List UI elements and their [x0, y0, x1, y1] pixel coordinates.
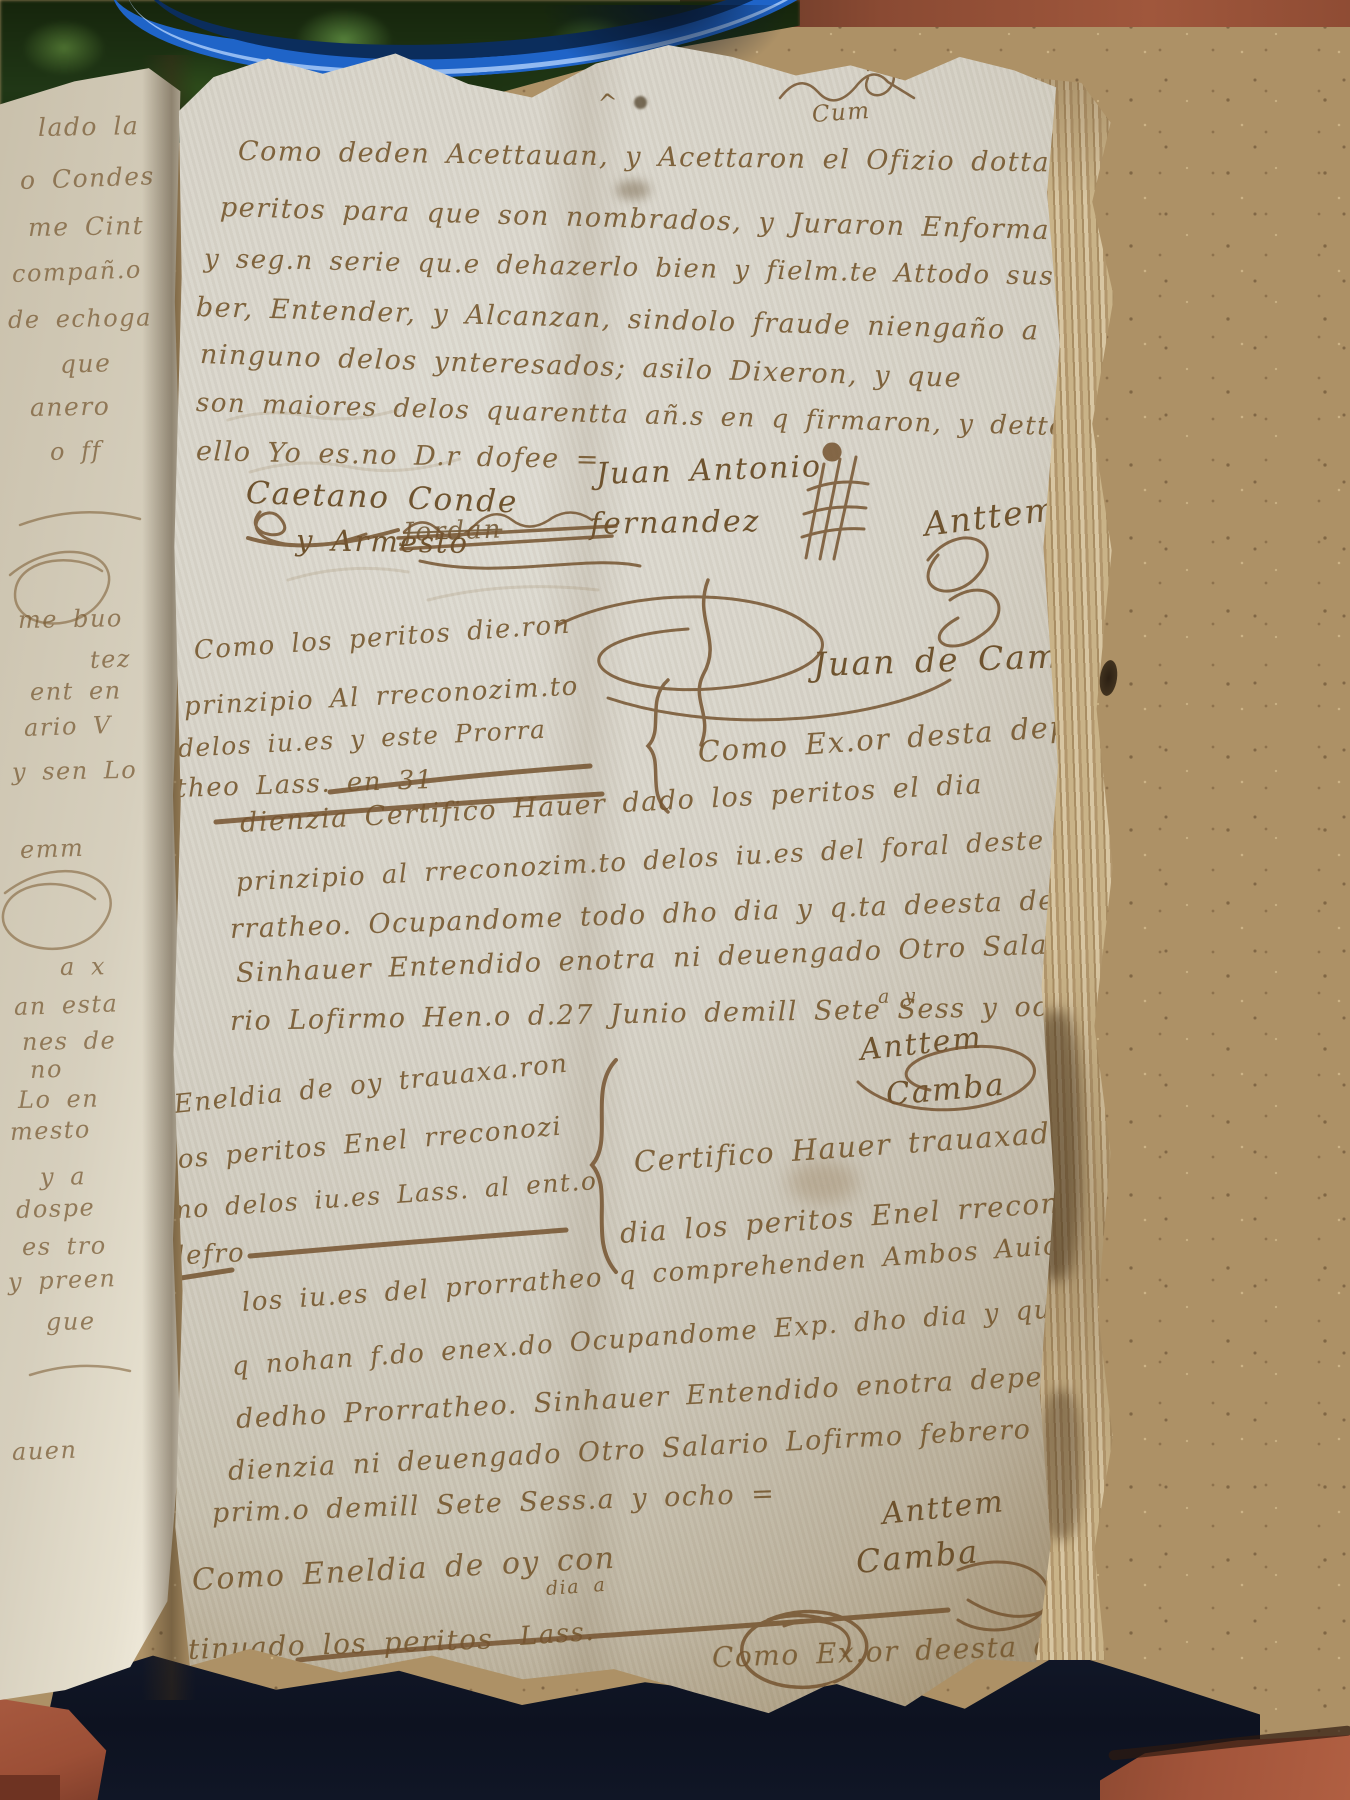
left-page-fragment: tez	[90, 647, 132, 672]
manuscript-line: son maiores delos quarentta añ.s en q fi…	[196, 390, 1102, 441]
manuscript-photo: { "colors": { "ink": "#7b5a30", "paper_r…	[0, 0, 1350, 1800]
margin-note-line: Eneldia de oy trauaxa.ron	[173, 1051, 570, 1118]
left-page-fragment: y preen	[8, 1266, 117, 1294]
left-page-fragment: no	[30, 1057, 64, 1082]
signature-camba-2: Camba	[855, 1535, 981, 1578]
left-page-fragment: de echoga	[8, 305, 152, 332]
left-page-fragment: a x	[60, 954, 106, 979]
entry-line: prim.o demill Sete Sess.a y ocho =	[212, 1480, 776, 1527]
margin-note-line: prinzipio Al rreconozim.to	[183, 673, 579, 720]
smudge-stain	[616, 180, 650, 200]
signature-anttem-top: Anttem	[922, 492, 1059, 541]
entry-line: prinzipio al rreconozim.to delos iu.es d…	[235, 825, 1104, 896]
signature-anttem-2: Anttem	[880, 1487, 1006, 1530]
left-page-fragment: o ff	[50, 438, 103, 464]
signature-anttem-1: Anttem	[858, 1023, 984, 1066]
entry-line: rio Lofirmo Hen.o d.27 Junio demill Sete…	[230, 992, 1126, 1035]
left-page-fragment: o Condes	[20, 163, 156, 193]
left-page-fragment: compañ.o	[12, 257, 143, 286]
left-page-fragment: y a	[40, 1164, 86, 1189]
left-page-fragment: lado la	[38, 113, 140, 140]
left-page-fragment: emm	[20, 836, 85, 862]
left-page-fragment: auen	[12, 1438, 78, 1464]
manuscript-line: y seg.n serie qu.e dehazerlo bien y fiel…	[204, 246, 1072, 290]
manuscript-line: Como deden Acettauan, y Acettaron el Ofi…	[238, 138, 1061, 176]
superscript-note: dia a	[545, 1576, 607, 1599]
closing-lass: Lass.	[519, 1619, 596, 1650]
signature-camba-1: Camba	[885, 1070, 1007, 1111]
insertion-caret: ^	[597, 90, 621, 116]
manuscript-line: ello Yo es.no D.r dofee =	[196, 438, 600, 473]
left-page-fragment: anero	[30, 394, 111, 420]
manuscript-line: peritos para que son nombrados, y Juraro…	[220, 194, 1051, 244]
margin-note-line: Como los peritos die.ron	[193, 612, 572, 664]
signature-caetano-conde: Caetano Conde	[245, 478, 518, 518]
tile-bottom-left-shadow	[0, 1775, 60, 1800]
signature-juan-antonio: Juan Antonio	[595, 452, 822, 490]
margin-note-line: los peritos Enel rreconozi	[167, 1114, 563, 1174]
margin-note-line: mo delos iu.es Lass. al ent.o	[167, 1168, 598, 1223]
crossed-out-signature: Jordan	[403, 517, 503, 546]
right-page: ^ Cum Como deden Acettauan, y Acettaron …	[168, 40, 1078, 1730]
left-page-fragment: es tro	[22, 1234, 107, 1259]
left-page-fragment: me buo	[18, 606, 123, 632]
left-page-fragment: mesto	[10, 1117, 92, 1144]
left-page-fragment: ent en	[30, 678, 122, 704]
page-crease	[538, 40, 628, 1730]
left-page-fragment: Lo en	[18, 1087, 100, 1112]
left-page-fragment: dospe	[16, 1195, 96, 1222]
superscript-note: a y	[878, 987, 917, 1007]
signature-fernandez: fernandez	[590, 507, 761, 540]
left-page-fragment: me Cint	[28, 213, 145, 240]
left-page-fragment: que	[60, 350, 112, 377]
interlinear-insertion: Cum	[811, 100, 871, 127]
left-page-fragment: an esta	[14, 991, 119, 1019]
margin-note-line: delos iu.es y este Prorra	[177, 717, 547, 761]
left-page-fragment: y sen Lo	[12, 758, 138, 784]
left-page-fragment: gue	[46, 1309, 96, 1334]
margin-note-line: theo Lass. en 31	[176, 767, 435, 802]
left-page-fragment: ario V	[24, 713, 113, 740]
left-page-fragment: nes de	[22, 1028, 117, 1054]
ink-stain	[634, 96, 647, 109]
